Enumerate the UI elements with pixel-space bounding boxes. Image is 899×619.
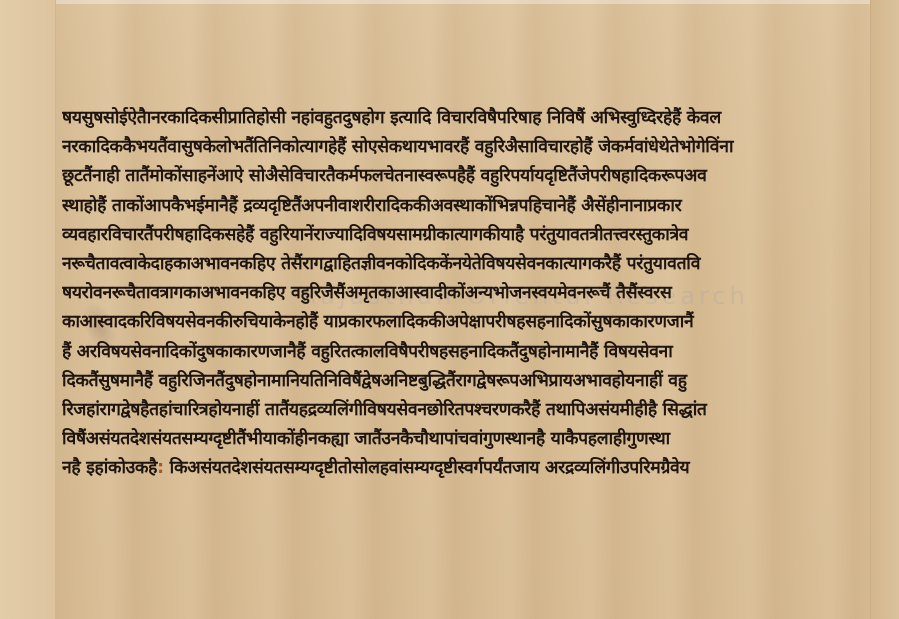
text-line-11: रिजहांरागद्वेषहैतहांचारित्रहोयनाहीं तातै… <box>62 396 870 425</box>
manuscript-page: Rajasthan Oriental Research षयसुषसोईऐतैा… <box>0 0 899 619</box>
right-margin-strip <box>870 0 899 619</box>
line-13-before-rubric: नहै इहांकोउकहै <box>62 458 157 478</box>
text-line-7: षयरोवनरूचैतावत्रागकाअभावनकहिए वहुरिजैसैं… <box>62 279 870 308</box>
rubric-visarga: : <box>157 458 164 478</box>
text-line-12: विषैंअसंयतदेशसंयतसम्यग्दृष्टीतैंभीयाकोंह… <box>62 425 870 454</box>
line-13-after-rubric: किअसंयतदेशसंयतसम्यग्दृष्टीतोसोलहवांसम्यग… <box>164 458 689 478</box>
text-line-9: हैं अरविषयसेवनादिकोंदुषकाकारणजानैहैं वहु… <box>62 338 870 367</box>
text-line-1: षयसुषसोईऐतैानरकादिकसीप्रातिहोसी नहांवहुत… <box>62 104 870 133</box>
text-line-10: दिकतैंसुषमानैहैं वहुरिजिनतैंदुषहोनामानिय… <box>62 367 870 396</box>
left-margin-strip <box>0 0 56 619</box>
text-line-5: व्यवहारविचारतैंपरीषहादिकसहेहैं वहुरियाने… <box>62 221 870 250</box>
text-line-6: नरूचैतावत्वाकेदाहकाअभावनकहिए तेसैंरागद्व… <box>62 250 870 279</box>
page-top-edge <box>0 0 899 4</box>
text-line-8: काआस्वादकरिविषयसेवनकीरुचियाकेनहोहैं याप्… <box>62 308 870 337</box>
text-line-2: नरकादिककैभयतैंवासुषकेलोभतैंतिनिकोत्यागहे… <box>62 133 870 162</box>
manuscript-text-block: षयसुषसोईऐतैानरकादिकसीप्रातिहोसी नहांवहुत… <box>62 104 870 483</box>
text-line-4: स्थाहोहैं ताकोंआपकैभईमानैहैं द्रव्यदृष्ट… <box>62 192 870 221</box>
text-line-3: छूटतैंनाही तातैंमोकोंसाहनेंआऐ सोअैसेविचा… <box>62 162 870 191</box>
text-line-13: नहै इहांकोउकहै: किअसंयतदेशसंयतसम्यग्दृष्… <box>62 454 870 483</box>
